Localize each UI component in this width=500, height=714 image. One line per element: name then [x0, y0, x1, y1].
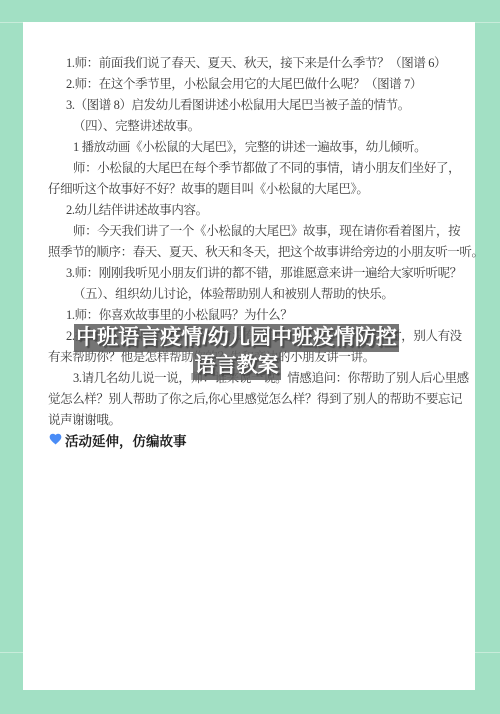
activity-extension-label: 活动延伸，仿编故事 — [65, 431, 187, 452]
doc-line-16: 3.请几名幼儿说一说，师：谁来说一说。情感追问：你帮助了别人后心里感 — [48, 368, 455, 389]
doc-line-2: 2.师：在这个季节里，小松鼠会用它的大尾巴做什么呢？（图谱 7） — [48, 74, 455, 95]
doc-line-9: 师：今天我们讲了一个《小松鼠的大尾巴》故事，现在请你看着图片，按 — [48, 221, 455, 242]
scanned-document-view: 1.师：前面我们说了春天、夏天、秋天，接下来是什么季节？（图谱 6） 2.师：在… — [0, 0, 500, 714]
doc-line-7: 仔细听这个故事好不好？故事的题目叫《小松鼠的大尾巴》。 — [48, 179, 455, 200]
doc-line-14: 2.抛问题：在平时生活中，你有没有帮助过别人？当你有困难时，别人有没 — [48, 326, 455, 347]
document-text-block: 1.师：前面我们说了春天、夏天、秋天，接下来是什么季节？（图谱 6） 2.师：在… — [23, 22, 475, 452]
doc-line-15: 有来帮助你？他是怎样帮助你的？先和旁边的小朋友讲一讲。 — [48, 347, 455, 368]
doc-line-6: 师：小松鼠的大尾巴在每个季节都做了不同的事情，请小朋友们坐好了， — [48, 158, 455, 179]
blue-heart-icon — [48, 431, 63, 452]
doc-line-1: 1.师：前面我们说了春天、夏天、秋天，接下来是什么季节？（图谱 6） — [48, 53, 455, 74]
doc-line-8: 2.幼儿结伴讲述故事内容。 — [48, 200, 455, 221]
doc-line-18: 说声谢谢哦。 — [48, 410, 455, 431]
doc-line-13: 1.师：你喜欢故事里的小松鼠吗？为什么？ — [48, 305, 455, 326]
doc-line-5: 1 播放动画《小松鼠的大尾巴》，完整的讲述一遍故事，幼儿倾听。 — [48, 137, 455, 158]
document-page: 1.师：前面我们说了春天、夏天、秋天，接下来是什么季节？（图谱 6） 2.师：在… — [23, 22, 475, 690]
doc-line-12: （五）、组织幼儿讨论，体验帮助别人和被别人帮助的快乐。 — [48, 284, 455, 305]
doc-line-10: 照季节的顺序：春天、夏天、秋天和冬天，把这个故事讲给旁边的小朋友听一听。 — [48, 242, 455, 263]
doc-line-11: 3.师：刚刚我听见小朋友们讲的都不错，那谁愿意来讲一遍给大家听听呢？ — [48, 263, 455, 284]
doc-line-17: 觉怎么样？别人帮助了你之后,你心里感觉怎么样？得到了别人的帮助不要忘记 — [48, 389, 455, 410]
doc-line-3: 3.（图谱 8）启发幼儿看图讲述小松鼠用大尾巴当被子盖的情节。 — [48, 95, 455, 116]
doc-line-activity-extension: 活动延伸，仿编故事 — [48, 431, 455, 452]
doc-line-4: （四）、完整讲述故事。 — [48, 116, 455, 137]
